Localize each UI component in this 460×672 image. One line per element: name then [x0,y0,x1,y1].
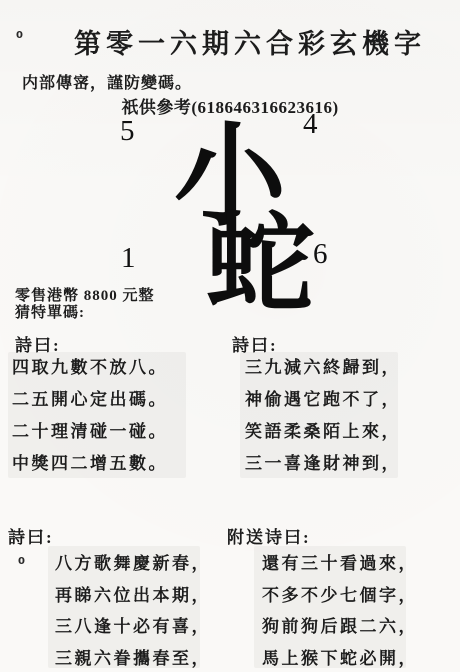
poem-bottom-left: 八方歌舞慶新春， 再睇六位出本期， 三八逢十必有喜， 三親六眷攜春至， [55,548,211,672]
corner-mark-bottom: 0 [18,556,25,567]
poem-label-bottom-left: 詩曰: [8,523,54,548]
poem-line: 二十理清碰一碰。 [12,416,168,448]
poem-line: 還有三十看過來， [262,548,418,580]
internal-secret-notice: 内部傳宻，謹防變碼。 [22,70,192,93]
reference-number-line: 祇供參考(618646316623616) [0,93,460,118]
poem-line: 神偷遇它跑不了， [245,384,401,416]
hero-number-6: 6 [313,238,328,271]
hero-number-5: 5 [120,115,135,148]
big-character-she: 蛇 [206,212,314,320]
poem-line: 八方歌舞慶新春， [55,548,211,580]
lottery-mystery-word-sheet: 0 0 第零一六期六合彩玄機字 内部傳宻，謹防變碼。 祇供參考(61864631… [0,0,460,672]
poem-line: 馬上猴下蛇必開， [262,643,418,672]
poem-label-bottom-right: 附送诗曰: [227,523,311,548]
page-title: 第零一六期六合彩玄機字 [0,22,460,61]
price-line: 零售港幣 8800 元整 [15,288,155,305]
poem-bottom-right: 還有三十看過來， 不多不少七個字， 狗前狗后跟二六， 馬上猴下蛇必開， [262,548,418,672]
poem-line: 二五開心定出碼。 [12,384,168,416]
poem-line: 不多不少七個字， [262,580,418,612]
hero-number-4: 4 [303,108,318,141]
poem-line: 三一喜逢財神到， [245,448,401,480]
poem-line: 狗前狗后跟二六， [262,611,418,643]
poem-line: 三八逢十必有喜， [55,611,211,643]
poem-line: 笑語柔桑陌上來， [245,416,401,448]
poem-line: 三親六眷攜春至， [55,643,211,672]
guess-special-code-line: 猜特單碼: [15,305,155,322]
poem-line: 四取九數不放八。 [12,352,168,384]
price-block: 零售港幣 8800 元整 猜特單碼: [15,288,155,322]
poem-line: 三九減六終歸到， [245,352,401,384]
poem-line: 再睇六位出本期， [55,580,211,612]
poem-mid-left: 四取九數不放八。 二五開心定出碼。 二十理清碰一碰。 中獎四二增五數。 [12,352,168,480]
hero-number-1: 1 [121,242,136,275]
poem-mid-right: 三九減六終歸到， 神偷遇它跑不了， 笑語柔桑陌上來， 三一喜逢財神到， [245,352,401,480]
poem-line: 中獎四二增五數。 [12,448,168,480]
